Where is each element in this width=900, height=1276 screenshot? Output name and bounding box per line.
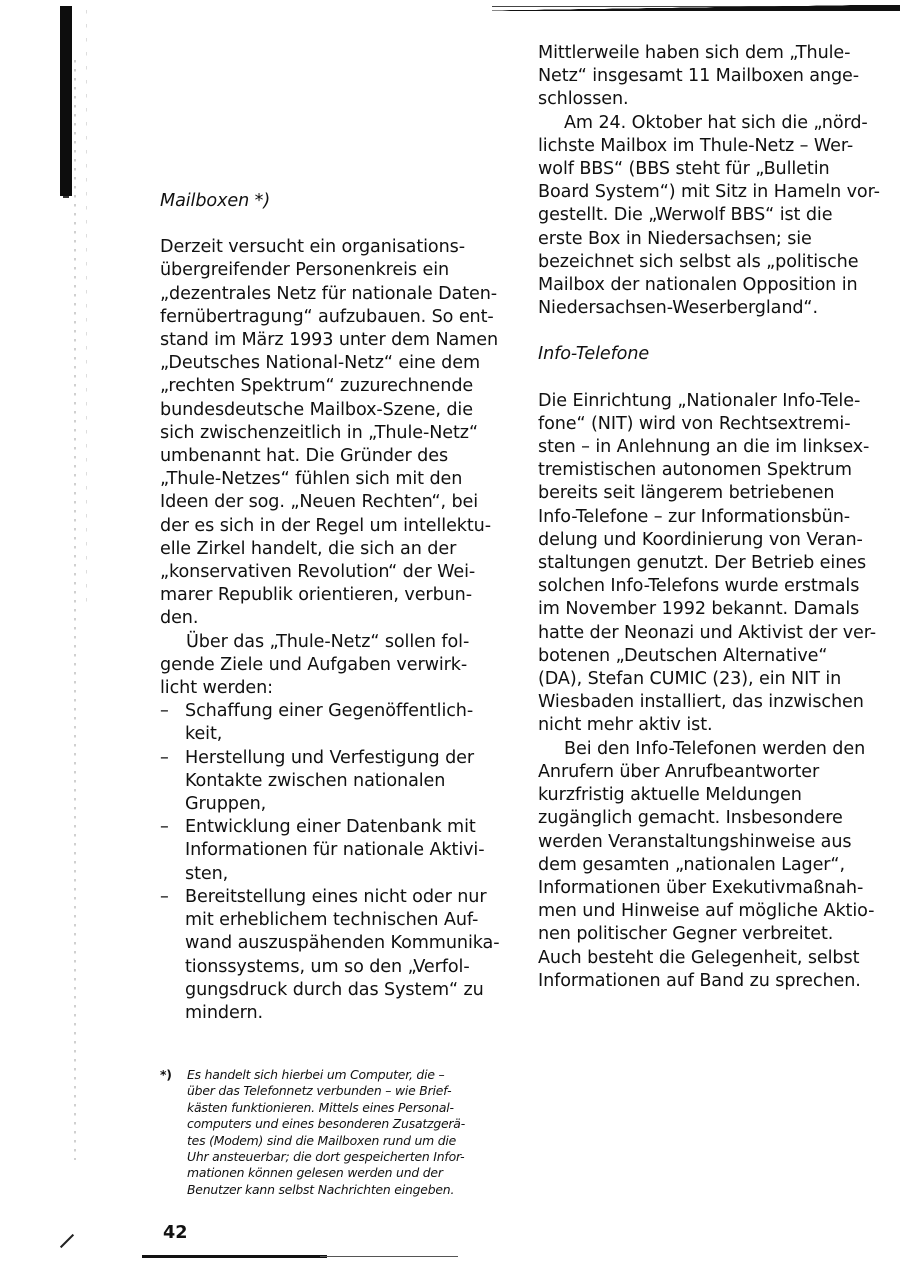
text-line: (DA), Stefan CUMIC (23), ein NIT in (538, 668, 898, 691)
text-line: „konservativen Revolution“ der Wei- (160, 561, 510, 584)
footnote-line: Benutzer kann selbst Nachrichten eingebe… (187, 1182, 510, 1198)
text-line: Ideen der sog. „Neuen Rechten“, bei (160, 491, 510, 514)
text-line: Netz“ insgesamt 11 Mailboxen ange- (538, 65, 898, 88)
text-line: lichste Mailbox im Thule-Netz – Wer- (538, 135, 898, 158)
text-line: men und Hinweise auf mögliche Aktio- (538, 900, 898, 923)
text-line: erste Box in Niedersachsen; sie (538, 228, 898, 251)
section-heading-mailboxen: Mailboxen *) (160, 190, 510, 213)
text-line: Entwicklung einer Datenbank mit (185, 816, 510, 839)
text-line: sten – in Anlehnung an die im linksex- (538, 436, 898, 459)
text-line: zugänglich gemacht. Insbesondere (538, 807, 898, 830)
paragraph-mailboxen-intro: Derzeit versucht ein organisations- über… (160, 236, 510, 630)
text-line: Kontakte zwischen nationalen (185, 770, 510, 793)
left-column: Mailboxen *) Derzeit versucht ein organi… (160, 190, 510, 1025)
text-line: dem gesamten „nationalen Lager“, (538, 854, 898, 877)
scan-corner-mark (60, 1234, 74, 1248)
list-item: – Entwicklung einer Datenbank mit Inform… (160, 816, 510, 886)
text-line: gestellt. Die „Werwolf BBS“ ist die (538, 204, 898, 227)
text-line: Bei den Info-Telefonen werden den (538, 738, 898, 761)
text-line: tionssystems, um so den „Verfol- (185, 956, 510, 979)
footnote-marker: *) (160, 1067, 172, 1083)
text-line: gende Ziele und Aufgaben verwirk- (160, 654, 510, 677)
list-item: – Herstellung und Verfestigung der Konta… (160, 747, 510, 817)
bottom-rule (142, 1255, 327, 1258)
text-line: botenen „Deutschen Alternative“ (538, 645, 898, 668)
text-line: bereits seit längerem betriebenen (538, 482, 898, 505)
text-line: „rechten Spektrum“ zuzurechnende (160, 375, 510, 398)
text-line: Info-Telefone – zur Informationsbün- (538, 506, 898, 529)
text-line: gungsdruck durch das System“ zu (185, 979, 510, 1002)
text-line: nen politischer Gegner verbreitet. (538, 923, 898, 946)
text-line: wand auszuspähenden Kommunika- (185, 932, 510, 955)
text-line: mit erheblichem technischen Auf- (185, 909, 510, 932)
text-line: „Deutsches National-Netz“ eine dem (160, 352, 510, 375)
footnote: *) Es handelt sich hierbei um Computer, … (160, 1067, 510, 1198)
text-line: Informationen auf Band zu sprechen. (538, 970, 898, 993)
text-line: Gruppen, (185, 793, 510, 816)
goals-list: – Schaffung einer Gegenöffentlich- keit,… (160, 700, 510, 1025)
text-line: Wiesbaden installiert, das inzwischen (538, 691, 898, 714)
text-line: elle Zirkel handelt, die sich an der (160, 538, 510, 561)
text-line: Derzeit versucht ein organisations- (160, 236, 510, 259)
text-line: Niedersachsen-Weserbergland“. (538, 297, 898, 320)
list-item: – Schaffung einer Gegenöffentlich- keit, (160, 700, 510, 746)
footnote-line: kästen funktionieren. Mittels eines Pers… (187, 1100, 510, 1116)
footnote-line: Uhr ansteuerbar; die dort gespeicherten … (187, 1149, 510, 1165)
text-line: Mailbox der nationalen Opposition in (538, 274, 898, 297)
text-line: Auch besteht die Gelegenheit, selbst (538, 947, 898, 970)
text-line: umbenannt hat. Die Gründer des (160, 445, 510, 468)
text-line: „dezentrales Netz für nationale Daten- (160, 283, 510, 306)
text-line: Board System“) mit Sitz in Hameln vor- (538, 181, 898, 204)
scan-noise-left-2 (86, 10, 87, 610)
page-number: 42 (163, 1223, 187, 1243)
text-line: Informationen für nationale Aktivi- (185, 839, 510, 862)
text-line: marer Republik orientieren, verbun- (160, 584, 510, 607)
footnote-line: tes (Modem) sind die Mailboxen rund um d… (187, 1133, 510, 1149)
text-line: bezeichnet sich selbst als „politische (538, 251, 898, 274)
scan-edge-shadow-tail (63, 196, 69, 198)
text-line: Schaffung einer Gegenöffentlich- (185, 700, 510, 723)
dash-bullet-icon: – (160, 886, 169, 909)
text-line: Informationen über Exekutivmaßnah- (538, 877, 898, 900)
dash-bullet-icon: – (160, 747, 169, 770)
text-line: wolf BBS“ (BBS steht für „Bulletin (538, 158, 898, 181)
text-line: Herstellung und Verfestigung der (185, 747, 510, 770)
text-line: übergreifender Personenkreis ein (160, 259, 510, 282)
paragraph-thule-mailbox-count: Mittlerweile haben sich dem „Thule- Netz… (538, 42, 898, 112)
text-line: keit, (185, 723, 510, 746)
footnote-line: mationen können gelesen werden und der (187, 1165, 510, 1181)
right-column: Mittlerweile haben sich dem „Thule- Netz… (538, 42, 898, 993)
text-line: sich zwischenzeitlich in „Thule-Netz“ (160, 422, 510, 445)
text-line: Mittlerweile haben sich dem „Thule- (538, 42, 898, 65)
top-rule (492, 5, 900, 11)
text-line: solchen Info-Telefons wurde erstmals (538, 575, 898, 598)
text-line: werden Veranstaltungshinweise aus (538, 831, 898, 854)
footnote-line: computers und eines besonderen Zusatzger… (187, 1116, 510, 1132)
scan-edge-shadow (60, 6, 72, 196)
list-item: – Bereitstellung eines nicht oder nur mi… (160, 886, 510, 1025)
scan-noise-left (74, 60, 76, 1160)
text-line: den. (160, 607, 510, 630)
paragraph-werwolf-bbs: Am 24. Oktober hat sich die „nörd- lichs… (538, 112, 898, 321)
text-line: bundesdeutsche Mailbox-Szene, die (160, 399, 510, 422)
text-line: delung und Koordinierung von Veran- (538, 529, 898, 552)
text-line: sten, (185, 863, 510, 886)
text-line: mindern. (185, 1002, 510, 1025)
text-line: staltungen genutzt. Der Betrieb eines (538, 552, 898, 575)
bottom-rule-thin (320, 1256, 458, 1257)
text-line: kurzfristig aktuelle Meldungen (538, 784, 898, 807)
footnote-line: Es handelt sich hierbei um Computer, die… (187, 1067, 510, 1083)
paragraph-nit-intro: Die Einrichtung „Nationaler Info-Tele- f… (538, 390, 898, 738)
text-line: schlossen. (538, 88, 898, 111)
text-line: Über das „Thule-Netz“ sollen fol- (160, 631, 510, 654)
text-line: Die Einrichtung „Nationaler Info-Tele- (538, 390, 898, 413)
text-line: „Thule-Netzes“ fühlen sich mit den (160, 468, 510, 491)
text-line: stand im März 1993 unter dem Namen (160, 329, 510, 352)
footnote-line: über das Telefonnetz verbunden – wie Bri… (187, 1083, 510, 1099)
text-line: tremistischen autonomen Spektrum (538, 459, 898, 482)
paragraph-nit-function: Bei den Info-Telefonen werden den Anrufe… (538, 738, 898, 993)
paragraph-thule-goals: Über das „Thule-Netz“ sollen fol- gende … (160, 631, 510, 701)
text-line: der es sich in der Regel um intellektu- (160, 515, 510, 538)
text-line: hatte der Neonazi und Aktivist der ver- (538, 622, 898, 645)
text-line: im November 1992 bekannt. Damals (538, 598, 898, 621)
dash-bullet-icon: – (160, 816, 169, 839)
text-line: Anrufern über Anrufbeantworter (538, 761, 898, 784)
text-line: Am 24. Oktober hat sich die „nörd- (538, 112, 898, 135)
text-line: fernübertragung“ aufzubauen. So ent- (160, 306, 510, 329)
section-heading-info-telefone: Info-Telefone (538, 343, 898, 366)
dash-bullet-icon: – (160, 700, 169, 723)
text-line: nicht mehr aktiv ist. (538, 714, 898, 737)
text-line: Bereitstellung eines nicht oder nur (185, 886, 510, 909)
text-line: licht werden: (160, 677, 510, 700)
text-line: fone“ (NIT) wird von Rechtsextremi- (538, 413, 898, 436)
